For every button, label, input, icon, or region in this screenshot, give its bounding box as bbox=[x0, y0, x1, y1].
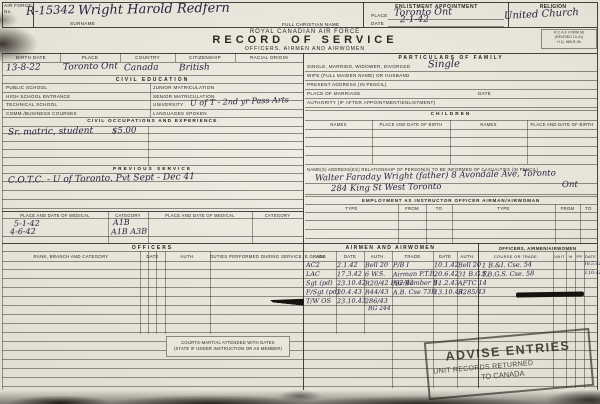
citizenship-value: British bbox=[179, 64, 210, 74]
employment-type-header-2: TYPE bbox=[452, 206, 555, 211]
university-value: U of T - 2nd yr Pass Arts bbox=[190, 96, 289, 107]
airmen-trade-header: TRADE bbox=[392, 254, 433, 259]
employment-from-header-2: FROM bbox=[555, 206, 580, 211]
employment-from-header-1: FROM bbox=[398, 206, 426, 211]
children-names-header-1: NAMES bbox=[305, 122, 372, 127]
airmen-row-cell: Airman P.T.B. bbox=[393, 271, 437, 278]
course-date-header: DATE bbox=[584, 254, 597, 259]
officers-date-header: DATE bbox=[140, 254, 165, 259]
next-of-kin-line1-tail: Ont bbox=[562, 181, 578, 190]
airmen-row-cell: 2.1.42 bbox=[337, 262, 358, 269]
place-of-marriage-label: PLACE OF MARRIAGE bbox=[307, 91, 361, 97]
wife-label: WIFE (FULL MAIDEN NAME) OR HUSBAND bbox=[307, 73, 410, 79]
birth-country-value: Canada bbox=[124, 64, 159, 74]
divider-line bbox=[305, 71, 597, 72]
medical-category-2: A1B A3B bbox=[111, 227, 147, 236]
unit-header: UNIT bbox=[553, 254, 566, 259]
ruled-rows bbox=[305, 212, 597, 243]
occupations-title: CIVIL OCCUPATIONS AND EXPERIENCE bbox=[2, 119, 303, 124]
enlistment-date-value: 2-1-42 bbox=[400, 16, 429, 26]
airmen-row-cell: 20.6.42 bbox=[434, 271, 459, 278]
airmen-note: RG 244 bbox=[368, 306, 391, 312]
civil-education-title: CIVIL EDUCATION bbox=[2, 77, 303, 83]
airmen-row-cell: 20.4.43 bbox=[337, 289, 362, 296]
technical-school-label: TECHNICAL SCHOOL bbox=[6, 102, 57, 108]
business-courses-label: COMM./BUSINESS COURSES bbox=[6, 111, 77, 117]
present-address-label: PRESENT ADDRESS (IN PENCIL) bbox=[307, 82, 387, 88]
pp-header: PP bbox=[575, 254, 584, 259]
divider-line bbox=[2, 92, 303, 93]
citizenship-header: CITIZENSHIP bbox=[175, 55, 235, 61]
children-birth-header-1: PLACE AND DATE OF BIRTH bbox=[372, 122, 450, 127]
surname-label: SURNAME bbox=[70, 21, 95, 27]
airmen-row-cell: LAC bbox=[306, 271, 320, 278]
employment-title: EMPLOYMENT AS INSTRUCTOR OFFICER AIRMAN/… bbox=[305, 198, 597, 204]
airmen-row-cell: 10.1.42 bbox=[434, 262, 459, 269]
course-row-date: 16.5.42 bbox=[584, 263, 600, 268]
airmen-row-cell: AFTC 14 bbox=[458, 280, 487, 287]
officers-duties-header: DUTIES PERFORMED DURING SERVICE, E.G. AD… bbox=[210, 254, 303, 259]
divider-line bbox=[148, 126, 149, 166]
airmen-row-cell: F/Sgt (pd) bbox=[306, 289, 340, 296]
airmen-row-cell: 17.3.42 bbox=[337, 271, 362, 278]
airmen-rank-header: RANK bbox=[303, 254, 336, 259]
racial-origin-header: RACIAL ORIGIN bbox=[235, 55, 303, 61]
divider-line bbox=[2, 83, 303, 84]
airmen-row-cell: 11.2.43 bbox=[434, 280, 459, 287]
full-name-handwritten: Wright Harold Redfern bbox=[78, 2, 230, 18]
divider-line bbox=[2, 109, 303, 110]
course-row-date: 3.10.42 bbox=[584, 272, 600, 277]
courts-martial-label-line2: (STATE IF UNDER INSTRUCTION OR AS MEMBER… bbox=[167, 346, 289, 352]
airmen-row-cell: 286/43 bbox=[365, 298, 388, 305]
divider-line bbox=[363, 2, 364, 27]
courts-martial-box: COURTS-MARTIAL ATTENDED WITH DATES (STAT… bbox=[166, 336, 290, 357]
divider-line bbox=[2, 211, 303, 212]
officers-rank-header: RANK, BRANCH AND CATEGORY bbox=[2, 254, 140, 259]
divider-line bbox=[597, 2, 598, 390]
masthead-line3: OFFICERS, AIRMEN AND AIRWOMEN bbox=[190, 46, 420, 53]
public-school-label: PUBLIC SCHOOL bbox=[6, 85, 47, 91]
marital-status-label: SINGLE, MARRIED, WIDOWER, DIVORCED bbox=[307, 64, 410, 70]
medical-category-1: A1B bbox=[113, 219, 130, 227]
course-row-name: 1 B.&I. Cse. 54 bbox=[482, 261, 532, 269]
airmen-auth-header-1: AUTH. bbox=[364, 254, 392, 259]
divider-line bbox=[305, 194, 597, 195]
form-reference-box: R.C.A.F. FORM 96 (REVISED 10-41) H.Q. 88… bbox=[541, 29, 597, 49]
birth-date-header: BIRTH DATE bbox=[2, 55, 60, 61]
course-or-trade-header: COURSE OR TRADE bbox=[478, 254, 553, 259]
employment-to-header-2: TO bbox=[580, 206, 597, 211]
divider-line bbox=[2, 243, 597, 244]
divider-line bbox=[305, 107, 597, 108]
officers-auth-header: AUTH. bbox=[165, 254, 210, 259]
airmen-row-cell: Sgt (pd) bbox=[306, 280, 333, 287]
air-force-no-value: R-15342 bbox=[26, 4, 76, 17]
children-birth-header-2: PLACE AND DATE OF BIRTH bbox=[527, 122, 597, 127]
birth-date-value: 13-8-22 bbox=[6, 64, 41, 74]
divider-line bbox=[305, 89, 597, 90]
high-school-entrance-label: HIGH SCHOOL ENTRANCE bbox=[6, 94, 71, 100]
airmen-date-header-2: DATE bbox=[433, 254, 457, 259]
airmen-row-cell: 23.10.43 bbox=[337, 298, 366, 305]
languages-spoken-label: LANGUAGES SPOKEN bbox=[153, 111, 207, 117]
employment-type-header-1: TYPE bbox=[305, 206, 398, 211]
children-title: CHILDREN bbox=[305, 112, 597, 117]
airmen-row-cell: Bell 20 bbox=[458, 262, 481, 269]
airmen-row-cell: 23.10.42 bbox=[337, 280, 366, 287]
full-christian-name-label: FULL CHRISTIAN NAME bbox=[282, 22, 339, 28]
airmen-row-cell: R44/43 bbox=[365, 289, 389, 296]
airmen-row-cell: T/W OS bbox=[306, 298, 331, 305]
previous-service-title: PREVIOUS SERVICE bbox=[2, 167, 303, 172]
airmen-row-cell: 6 W.S. bbox=[365, 271, 385, 278]
authority-label: AUTHORITY (IF AFTER APPOINTMENT/ENLISTME… bbox=[307, 100, 435, 106]
airmen-auth-header-2: AUTH. bbox=[457, 254, 478, 259]
occupation-amount: $5.00 bbox=[112, 127, 137, 136]
percent-header: % bbox=[566, 254, 575, 259]
airmen-row-cell: Air Bomber B. bbox=[393, 280, 440, 287]
ruled-rows bbox=[305, 129, 597, 165]
rcaf-record-of-service-form: AIR FORCE No. R-15342 Wright Harold Redf… bbox=[0, 0, 600, 404]
divider-line bbox=[2, 251, 597, 252]
airmen-row-cell: R285/43 bbox=[458, 289, 486, 296]
form-ref-line3: H.Q. 885-R-96 bbox=[553, 40, 585, 45]
airmen-row-cell: P/B I bbox=[393, 262, 409, 269]
birth-place-value: Toronto Ont bbox=[63, 62, 118, 72]
occupation-entry: Sr. matric, student bbox=[8, 127, 93, 138]
medical-date-2: 4-6-42 bbox=[10, 228, 36, 237]
divider-line bbox=[2, 236, 303, 237]
airmen-date-header-1: DATE bbox=[336, 254, 364, 259]
divider-line bbox=[305, 204, 597, 205]
date-label: DATE bbox=[371, 21, 384, 27]
children-names-header-2: NAMES bbox=[450, 122, 527, 127]
course-row-name: T.B.G.S. Cse. 58 bbox=[482, 270, 534, 278]
divider-line bbox=[2, 53, 597, 54]
marriage-date-label: DATE bbox=[478, 91, 491, 97]
junior-matriculation-label: JUNIOR MATRICULATION bbox=[153, 85, 214, 91]
divider-line bbox=[305, 98, 597, 99]
divider-line bbox=[305, 80, 597, 81]
birth-place-header: PLACE bbox=[60, 55, 120, 61]
divider-line bbox=[2, 218, 303, 219]
religion-value: United Church bbox=[504, 8, 579, 22]
next-of-kin-line2: 284 King St West Toronto bbox=[331, 183, 442, 194]
divider-line bbox=[305, 110, 597, 111]
divider-line bbox=[305, 120, 597, 121]
university-label: UNIVERSITY bbox=[153, 102, 184, 108]
divider-line bbox=[388, 26, 504, 27]
airmen-row-cell: Bell 20 bbox=[365, 262, 388, 269]
airmen-row-cell: A.B. Cse 73B bbox=[393, 289, 436, 296]
birth-country-header: COUNTRY bbox=[120, 55, 175, 61]
employment-to-header-1: TO bbox=[426, 206, 452, 211]
place-label: PLACE bbox=[371, 13, 388, 19]
divider-line bbox=[2, 2, 3, 27]
airmen-row-cell: AC2 bbox=[306, 262, 320, 269]
marital-status-value: Single bbox=[428, 60, 460, 71]
